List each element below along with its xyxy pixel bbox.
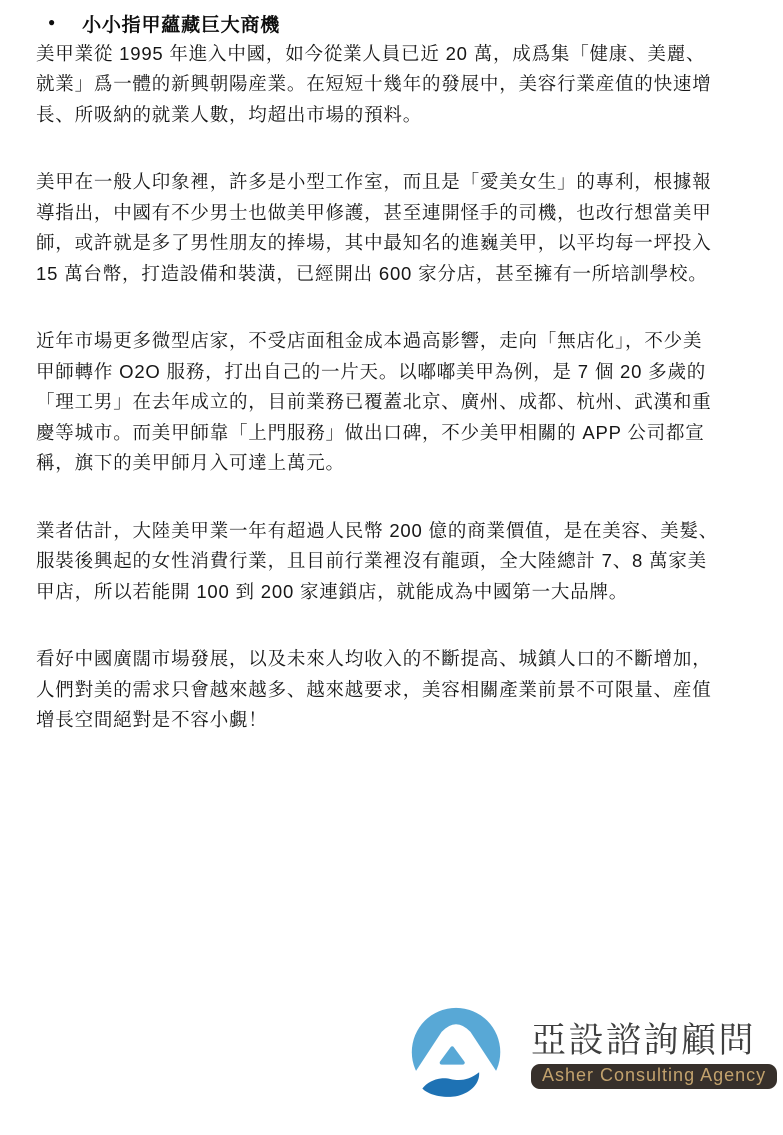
paragraph-3: 近年市場更多微型店家，不受店面租金成本過高影響，走向「無店化」，不少美 甲師轉作… xyxy=(36,326,752,479)
article: ● 小小指甲蘊藏巨大商機 美甲業從 1995 年進入中國，如今從業人員已近 20… xyxy=(0,0,783,736)
logo-chinese-name: 亞設諮詢顧問 xyxy=(531,1020,777,1061)
paragraph-5: 看好中國廣闊市場發展，以及未來人均收入的不斷提高、城鎮人口的不斷增加， 人們對美… xyxy=(36,644,752,736)
article-heading: ● 小小指甲蘊藏巨大商機 xyxy=(48,8,747,39)
paragraph-2: 美甲在一般人印象裡，許多是小型工作室，而且是「愛美女生」的專利，根據報 導指出，… xyxy=(36,167,752,289)
paragraph-4: 業者估計，大陸美甲業一年有超過人民幣 200 億的商業價值，是在美容、美髮、 服… xyxy=(36,516,752,608)
document-page: ● 小小指甲蘊藏巨大商機 美甲業從 1995 年進入中國，如今從業人員已近 20… xyxy=(0,0,783,1135)
logo-english-name: Asher Consulting Agency xyxy=(542,1065,766,1085)
list-bullet-icon: ● xyxy=(48,16,56,28)
paragraph-1: 美甲業從 1995 年進入中國，如今從業人員已近 20 萬，成爲集「健康、美麗、… xyxy=(36,39,752,131)
company-logo: 亞設諮詢顧問 Asher Consulting Agency xyxy=(407,1004,777,1104)
logo-text-block: 亞設諮詢顧問 Asher Consulting Agency xyxy=(531,1020,777,1089)
asher-logo-icon xyxy=(407,1004,507,1104)
article-heading-text: 小小指甲蘊藏巨大商機 xyxy=(82,10,280,37)
logo-english-badge: Asher Consulting Agency xyxy=(531,1064,777,1089)
